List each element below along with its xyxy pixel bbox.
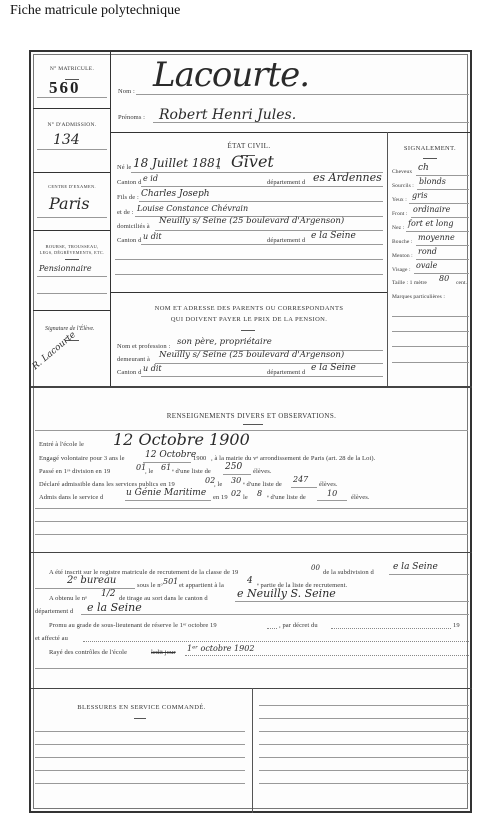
admis-liste: ᵉ d'une liste de: [267, 494, 306, 501]
domicilies-value: Neuilly s/ Seine (25 boulevard d'Argenso…: [159, 216, 344, 226]
canton-value: e id: [143, 174, 158, 183]
admission-divider: [33, 172, 110, 173]
etat-civil-blank-line-1: [115, 259, 383, 260]
centre-label: CENTRE D'EXAMEN.: [35, 184, 109, 189]
bourse-dash: [65, 259, 79, 260]
signalement-line-bouche: [416, 245, 469, 246]
bourse-label-1: BOURSE, TROUSSEAU,: [35, 244, 109, 249]
centre-divider: [33, 230, 110, 231]
raye-label: Rayé des contrôles de l'école: [49, 649, 127, 656]
parents-dash: [241, 330, 255, 331]
signalement-line-sourcils: [417, 189, 469, 190]
signalement-label-bouche: Bouche :: [392, 239, 413, 245]
blessures-left-line-2: [35, 744, 245, 745]
nom-underline: [136, 94, 469, 95]
decret-year: 19: [453, 622, 460, 629]
admis-rank: 8: [257, 489, 262, 498]
signalement-divider: [387, 132, 388, 386]
nom-value: Lacourte.: [153, 55, 309, 95]
signalement-value-visage: ovale: [416, 261, 437, 270]
blessures-column-divider: [252, 688, 253, 813]
demeurant-label: demeurant à: [117, 356, 150, 363]
admission-underline: [37, 149, 107, 150]
raye-struck: ledit jour: [151, 649, 176, 656]
taille-label: Taille : 1 mètre: [392, 280, 427, 286]
signalement-line-menton: [416, 259, 469, 260]
recrutement-departement-value: e la Seine: [87, 601, 142, 614]
nom-label: Nom :: [118, 88, 135, 95]
renseignements-blank-line-1: [35, 508, 468, 509]
ne-le-label: Né le: [117, 164, 131, 171]
a-label: à: [217, 164, 220, 171]
appartient-label: et appartient à la: [179, 582, 224, 589]
etat-civil-blank-line-2: [115, 274, 383, 275]
blessures-left-line-5: [35, 783, 245, 784]
signalement-value-cheveux: ch: [418, 163, 429, 173]
renseignements-blank-line-2: [35, 521, 468, 522]
marques-line-2: [392, 331, 469, 332]
affecte-label: et affecté au: [35, 635, 68, 642]
bourse-label-2: LEGS, DÉGRÈVEMENTS, ETC.: [33, 250, 111, 255]
signalement-label-menton: Menton :: [392, 253, 413, 259]
et-de-label: et de :: [117, 209, 134, 216]
entre-value: 12 Octobre 1900: [113, 430, 250, 449]
signalement-value-yeux: gris: [412, 191, 428, 200]
canton2-label: Canton d: [117, 237, 141, 244]
parents-canton-underline: [141, 376, 383, 377]
affecte-blank: [83, 641, 469, 642]
promu-year-blank: [267, 628, 277, 629]
renseignements-top-line: [35, 430, 468, 431]
blessures-right-line-4: [259, 744, 469, 745]
signalement-value-nez: fort et long: [408, 219, 454, 228]
canton2-value: u dit: [143, 232, 162, 241]
parents-departement-label: département d: [267, 369, 305, 376]
taille-unit: cent.: [456, 280, 467, 286]
blessures-right-line-3: [259, 731, 469, 732]
admis-en: en 19: [213, 494, 228, 501]
departement-label: département d: [267, 179, 305, 186]
centre-underline: [37, 217, 107, 218]
etat-civil-title: ÉTAT CIVIL.: [111, 142, 387, 150]
tirage-underline: [235, 601, 469, 602]
signalement-label-visage: Visage :: [392, 267, 411, 273]
signalement-label-yeux: Yeux :: [392, 197, 407, 203]
engage-year: 1900: [193, 455, 206, 462]
blessures-right-line-2: [259, 718, 469, 719]
subdivision-underline: [389, 574, 469, 575]
inscrit-year: 00: [311, 564, 320, 572]
passe-rank: 61: [161, 463, 171, 472]
canton-label: Canton d: [117, 179, 141, 186]
decret-blank: [331, 628, 451, 629]
recrutement-departement-label: département d: [35, 608, 73, 615]
fils-de-label: Fils de :: [117, 194, 139, 201]
signalement-label-sourcils: Sourcils :: [392, 183, 414, 189]
bureau-value: 2ᵉ bureau: [67, 575, 116, 586]
matricule-value: 560: [49, 78, 81, 98]
recrutement-blank-line-1: [35, 668, 468, 669]
ne-le-value: 18 Juillet 1881: [133, 156, 222, 170]
marques-label: Marques particulières :: [392, 294, 445, 300]
declare-liste: ᵉ d'une liste de: [243, 481, 282, 488]
admis-total: 10: [327, 489, 337, 498]
matricule-underline: [37, 97, 107, 98]
declare-label: Déclaré admissible dans les services pub…: [39, 481, 175, 488]
bureau-underline: [35, 588, 135, 589]
engage-label: Engagé volontaire pour 3 ans le: [39, 455, 125, 462]
passe-le: , le: [145, 468, 153, 475]
blessures-title: BLESSURES EN SERVICE COMMANDÉ.: [31, 704, 252, 711]
prenoms-underline: [153, 122, 469, 123]
profession-label: Nom et profession :: [117, 343, 170, 350]
engage-suffix: , à la mairie du vᵉ arrondissement de Pa…: [211, 455, 375, 462]
subdivision-label: de la subdivision d: [323, 569, 374, 576]
raye-value: 1ᵉʳ octobre 1902: [187, 644, 254, 653]
parents-canton-value: u dit: [143, 364, 162, 373]
obtenu-label: A obtenu le nᵒ: [49, 595, 87, 602]
subdivision-value: e la Seine: [393, 562, 438, 572]
entre-label: Entré à l'école le: [39, 441, 84, 448]
signalement-line-cheveux: [416, 175, 469, 176]
declare-le: , le: [214, 481, 222, 488]
renseignements-divider: [31, 386, 472, 388]
admis-suffix: élèves.: [351, 494, 370, 501]
marques-line-4: [392, 362, 469, 363]
departement2-label: département d: [267, 237, 305, 244]
signalement-title: SIGNALEMENT.: [388, 145, 472, 152]
canton-underline: [141, 186, 383, 187]
passe-suffix: élèves.: [253, 468, 272, 475]
blessures-right-line-1: [259, 705, 469, 706]
matricule-divider: [33, 108, 110, 109]
page-title: Fiche matricule polytechnique: [10, 3, 180, 19]
signalement-value-bouche: moyenne: [418, 233, 455, 242]
parents-divider: [110, 292, 387, 293]
passe-underline: [223, 474, 251, 475]
recrutement-departement-underline: [81, 614, 469, 615]
recrutement-divider: [31, 552, 472, 553]
fils-de-underline: [139, 201, 383, 202]
admis-value: u Génie Maritime: [126, 488, 206, 498]
renseignements-title: RENSEIGNEMENTS DIVERS ET OBSERVATIONS.: [31, 412, 472, 420]
passe-total: 250: [225, 462, 242, 472]
admis-le: le: [243, 494, 248, 501]
passe-liste: ᵉ d'une liste de: [172, 468, 211, 475]
canton2-underline: [141, 244, 383, 245]
demeurant-value: Neuilly s/ Seine (25 boulevard d'Argenso…: [159, 350, 344, 360]
appartient-value: 4: [247, 576, 253, 586]
admis-year: 02: [231, 489, 241, 498]
admis-underline: [125, 500, 211, 501]
signalement-dash: [423, 158, 437, 159]
declare-total: 247: [293, 475, 308, 484]
taille-value: 80: [439, 274, 449, 283]
matricule-label: N° MATRICULE.: [35, 66, 109, 72]
signalement-value-sourcils: blonds: [419, 177, 446, 186]
record-card: N° MATRICULE. 560 N° D'ADMISSION. 134 CE…: [29, 50, 472, 813]
signalement-label-front: Front :: [392, 211, 408, 217]
obtenu-value: 1/2: [101, 589, 115, 599]
signalement-label-cheveux: Cheveux: [392, 169, 412, 175]
fils-de-value: Charles Joseph: [141, 189, 210, 199]
blessures-left-line-3: [35, 757, 245, 758]
prenoms-value: Robert Henri Jules.: [159, 107, 296, 123]
renseignements-dash: [243, 424, 263, 425]
raye-blank: [185, 655, 469, 656]
parents-title-2: QUI DOIVENT PAYER LE PRIX DE LA PENSION.: [111, 316, 387, 323]
tirage-value: e Neuilly S. Seine: [237, 587, 336, 600]
declare-rank: 30: [231, 476, 241, 485]
departement-value: es Ardennes: [313, 171, 382, 184]
sous-value: 501: [163, 577, 178, 586]
parents-title-1: NOM ET ADRESSE DES PARENTS OU CORRESPOND…: [111, 305, 387, 312]
bourse-divider: [33, 310, 110, 311]
profession-value: son père, propriétaire: [177, 337, 272, 347]
blessures-left-line-4: [35, 770, 245, 771]
passe-label: Passé en 1ʳᵉ division en 19: [39, 468, 110, 475]
bourse-value: Pensionnaire: [39, 264, 92, 273]
blessures-dash: [134, 718, 146, 719]
admis-total-underline: [317, 500, 347, 501]
signalement-line-nez: [406, 231, 469, 232]
admission-label: N° D'ADMISSION.: [35, 122, 109, 128]
left-column-divider: [110, 52, 111, 386]
signalement-label-nez: Nez :: [392, 225, 404, 231]
signalement-line-yeux: [409, 203, 469, 204]
a-value: Givet: [231, 152, 274, 171]
engage-value: 12 Octobre: [145, 450, 196, 460]
bourse-underline-2: [37, 293, 107, 294]
blessures-right-line-6: [259, 770, 469, 771]
marques-line-3: [392, 346, 469, 347]
decret-label: , par décret du: [279, 622, 318, 629]
identity-divider: [110, 132, 472, 133]
admission-value: 134: [53, 132, 80, 148]
blessures-left-line-1: [35, 731, 245, 732]
admis-label: Admis dans le service d: [39, 494, 103, 501]
parents-canton-label: Canton d: [117, 369, 141, 376]
declare-suffix: élèves.: [319, 481, 338, 488]
declare-underline: [291, 487, 317, 488]
blessures-right-line-5: [259, 757, 469, 758]
sous-label: sous le nᵒ: [137, 582, 163, 589]
marques-line-1: [392, 316, 469, 317]
parents-departement-value: e la Seine: [311, 363, 356, 373]
prenoms-label: Prénoms :: [118, 114, 145, 121]
departement2-value: e la Seine: [311, 231, 356, 241]
signalement-value-front: ordinaire: [413, 205, 450, 214]
bourse-underline: [37, 276, 107, 277]
domicilies-label: domiciliés à: [117, 223, 150, 230]
signalement-value-menton: rond: [418, 247, 437, 256]
blessures-right-line-7: [259, 783, 469, 784]
signalement-line-front: [411, 217, 469, 218]
renseignements-blank-line-3: [35, 534, 468, 535]
promu-label: Promu au grade de sous-lieutenant de rés…: [49, 622, 217, 629]
et-de-value: Louise Constance Chévrain: [137, 204, 248, 213]
centre-value: Paris: [49, 194, 90, 213]
